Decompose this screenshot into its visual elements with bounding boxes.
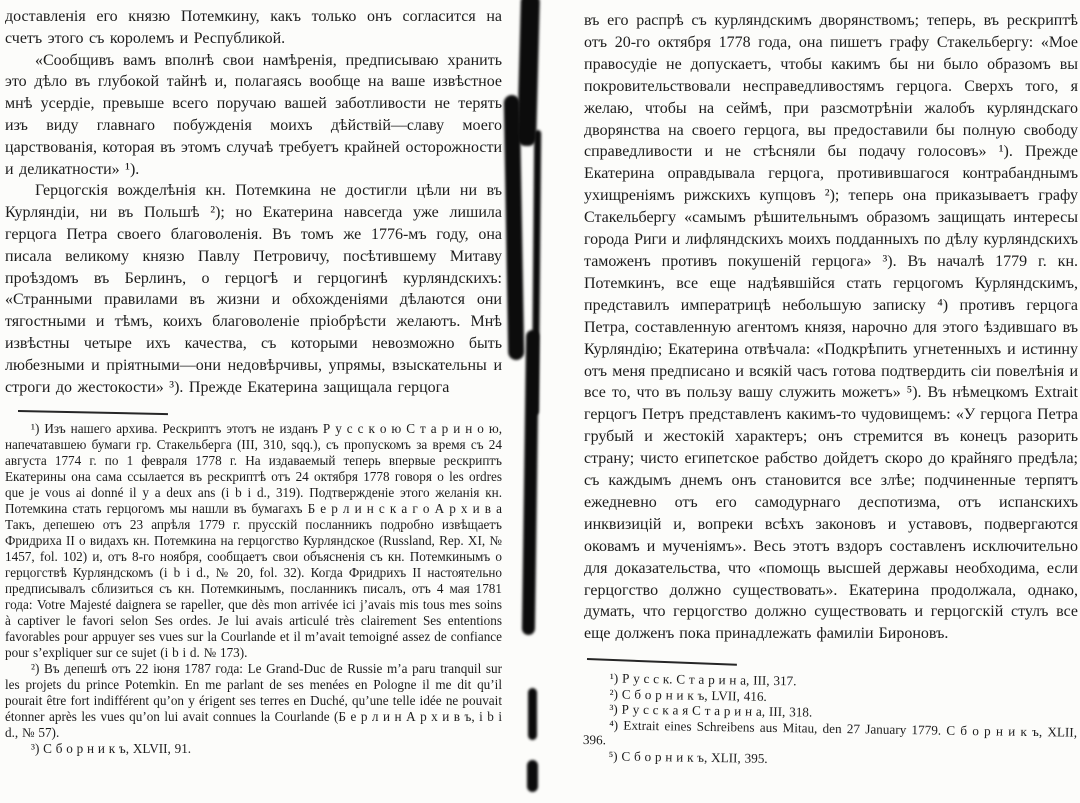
paragraph: «Сообщивъ вамъ вполнѣ свои намѣренія, пр… bbox=[5, 50, 502, 181]
page-right: въ его распрѣ съ курляндскимъ дворянство… bbox=[584, 10, 1078, 764]
footnotes-right: ¹) Р у с с к. С т а р и н а, III, 317. ²… bbox=[583, 670, 1078, 771]
paragraph: Герцогскія вожделѣнія кн. Потемкина не д… bbox=[5, 180, 502, 398]
footnote-separator-right bbox=[587, 658, 737, 666]
gutter-blob bbox=[527, 760, 538, 792]
paragraph: въ его распрѣ съ курляндскимъ дворянство… bbox=[584, 10, 1078, 645]
footnote: ²) Въ депешѣ отъ 22 іюня 1787 года: Le G… bbox=[5, 661, 502, 741]
gutter-blob bbox=[532, 130, 541, 415]
gutter-blob bbox=[517, 0, 540, 146]
footnotes-left: ¹) Изъ нашего архива. Рескриптъ этотъ не… bbox=[5, 421, 502, 757]
page-left: доставленія его князю Потемкину, какъ то… bbox=[5, 6, 502, 757]
gutter-blob bbox=[504, 95, 525, 360]
footnote: ³) С б о р н и к ъ, XLVII, 91. bbox=[5, 741, 502, 757]
main-text-left: доставленія его князю Потемкину, какъ то… bbox=[5, 6, 502, 398]
book-scan-spread: доставленія его князю Потемкину, какъ то… bbox=[0, 0, 1080, 803]
main-text-right: въ его распрѣ съ курляндскимъ дворянство… bbox=[584, 10, 1078, 645]
gutter-blob bbox=[522, 330, 539, 635]
footnote-separator-left bbox=[18, 410, 168, 415]
footnote: ¹) Изъ нашего архива. Рескриптъ этотъ не… bbox=[5, 421, 502, 661]
gutter-blob bbox=[528, 688, 537, 740]
paragraph: доставленія его князю Потемкину, какъ то… bbox=[5, 6, 502, 50]
